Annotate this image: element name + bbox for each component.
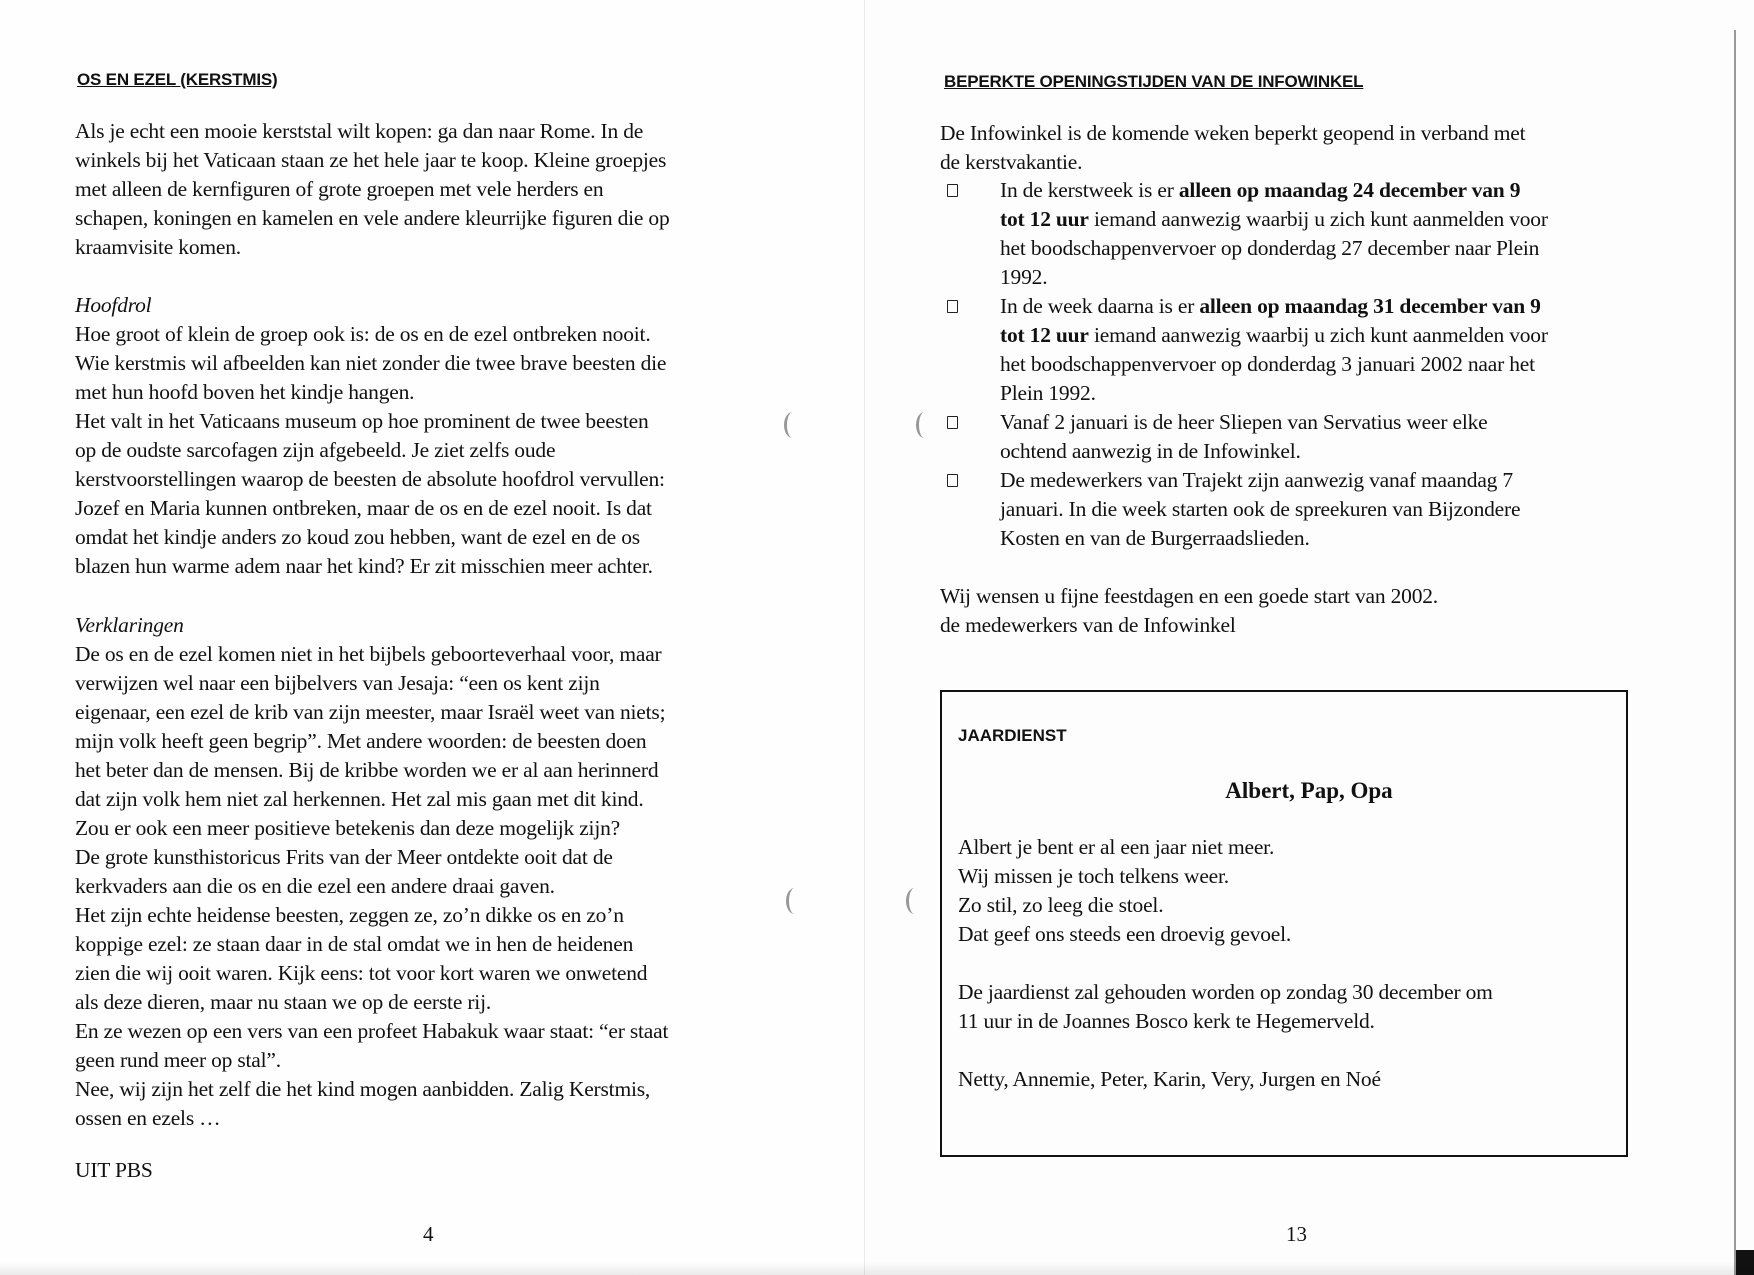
text-line: ossen en ezels …: [75, 1104, 668, 1133]
text-line: dat zijn volk hem niet zal herkennen. He…: [75, 785, 668, 814]
text-line: Wij wensen u fijne feestdagen en een goe…: [940, 582, 1438, 611]
article-intro: Als je echt een mooie kerststal wilt kop…: [75, 117, 670, 262]
checkbox-bullet-icon: [947, 416, 958, 429]
section-hoofdrol: Hoofdrol Hoe groot of klein de groep ook…: [75, 291, 666, 581]
text-line: kerstvoorstellingen waarop de beesten de…: [75, 465, 666, 494]
text-line: het boodschappenvervoer op donderdag 27 …: [1000, 234, 1660, 263]
text-line: kerkvaders aan die os en die ezel een an…: [75, 872, 668, 901]
checkbox-bullet-icon: [947, 474, 958, 487]
bold-text-run: alleen op maandag 24 december van 9: [1179, 178, 1520, 202]
memorial-notice-box: JAARDIENST Albert, Pap, Opa Albert je be…: [940, 690, 1628, 1157]
text-line: met alleen de kernfiguren of grote groep…: [75, 175, 670, 204]
text-line: En ze wezen op een vers van een profeet …: [75, 1017, 668, 1046]
punch-hole-mark: [784, 412, 801, 438]
spacer: [958, 949, 1493, 978]
text-line: winkels bij het Vaticaan staan ze het he…: [75, 146, 670, 175]
text-run: iemand aanwezig waarbij u zich kunt aanm…: [1089, 207, 1548, 231]
text-run: In de kerstweek is er: [1000, 178, 1179, 202]
text-line: tot 12 uur iemand aanwezig waarbij u zic…: [1000, 205, 1660, 234]
text-line: als deze dieren, maar nu staan we op de …: [75, 988, 668, 1017]
text-line: tot 12 uur iemand aanwezig waarbij u zic…: [1000, 321, 1660, 350]
poem-line: Albert je bent er al een jaar niet meer.: [958, 833, 1493, 862]
text-line: Plein 1992.: [1000, 379, 1660, 408]
punch-hole-mark: [786, 888, 803, 914]
text-line: Kosten en van de Burgerraadslieden.: [1000, 524, 1660, 553]
text-line: het boodschappenvervoer op donderdag 3 j…: [1000, 350, 1660, 379]
page-number: 4: [423, 1222, 434, 1247]
text-line: eigenaar, een ezel de krib van zijn mees…: [75, 698, 668, 727]
checkbox-bullet-icon: [947, 300, 958, 313]
text-line: zien die wij ooit waren. Kijk eens: tot …: [75, 959, 668, 988]
poem-line: Zo stil, zo leeg die stoel.: [958, 891, 1493, 920]
text-line: Het valt in het Vaticaans museum op hoe …: [75, 407, 666, 436]
text-line: Vanaf 2 januari is de heer Sliepen van S…: [1000, 408, 1660, 437]
section-subheading: Hoofdrol: [75, 291, 666, 320]
notice-intro: De Infowinkel is de komende weken beperk…: [940, 119, 1525, 177]
page-number: 13: [1286, 1222, 1307, 1247]
text-line: met hun hoofd boven het kindje hangen.: [75, 378, 666, 407]
service-line: De jaardienst zal gehouden worden op zon…: [958, 978, 1493, 1007]
article-source: UIT PBS: [75, 1156, 153, 1185]
bold-text-run: tot 12 uur: [1000, 207, 1089, 231]
text-line: Jozef en Maria kunnen ontbreken, maar de…: [75, 494, 666, 523]
punch-hole-mark: [906, 888, 923, 914]
text-line: De grote kunsthistoricus Frits van der M…: [75, 843, 668, 872]
section-verklaringen: Verklaringen De os en de ezel komen niet…: [75, 611, 668, 1133]
memorial-body: Albert je bent er al een jaar niet meer.…: [958, 833, 1493, 1094]
text-line: Nee, wij zijn het zelf die het kind moge…: [75, 1075, 668, 1104]
spacer: [958, 1036, 1493, 1065]
memorial-signature: Netty, Annemie, Peter, Karin, Very, Jurg…: [958, 1065, 1493, 1094]
text-line: op de oudste sarcofagen zijn afgebeeld. …: [75, 436, 666, 465]
text-line: 1992.: [1000, 263, 1660, 292]
text-line: blazen hun warme adem naar het kind? Er …: [75, 552, 666, 581]
text-line: Wie kerstmis wil afbeelden kan niet zond…: [75, 349, 666, 378]
punch-hole-mark: [916, 412, 933, 438]
poem-line: Dat geef ons steeds een droevig gevoel.: [958, 920, 1493, 949]
text-line: omdat het kindje anders zo koud zou hebb…: [75, 523, 666, 552]
text-line: kraamvisite komen.: [75, 233, 670, 262]
text-line: schapen, koningen en kamelen en vele and…: [75, 204, 670, 233]
text-line: Als je echt een mooie kerststal wilt kop…: [75, 117, 670, 146]
service-line: 11 uur in de Joannes Bosco kerk te Hegem…: [958, 1007, 1493, 1036]
text-line: Zou er ook een meer positieve betekenis …: [75, 814, 668, 843]
notice-heading: BEPERKTE OPENINGSTIJDEN VAN DE INFOWINKE…: [944, 72, 1363, 92]
text-line: verwijzen wel naar een bijbelvers van Je…: [75, 669, 668, 698]
article-heading: OS EN EZEL (KERSTMIS): [77, 70, 277, 90]
text-line: ochtend aanwezig in de Infowinkel.: [1000, 437, 1660, 466]
bold-text-run: tot 12 uur: [1000, 323, 1089, 347]
text-line: De os en de ezel komen niet in het bijbe…: [75, 640, 668, 669]
section-subheading: Verklaringen: [75, 611, 668, 640]
text-run: iemand aanwezig waarbij u zich kunt aanm…: [1089, 323, 1548, 347]
checkbox-bullet-icon: [947, 184, 958, 197]
list-item: Vanaf 2 januari is de heer Sliepen van S…: [940, 408, 1660, 466]
list-item: In de kerstweek is er alleen op maandag …: [940, 176, 1660, 292]
text-line: de kerstvakantie.: [940, 148, 1525, 177]
text-line: Hoe groot of klein de groep ook is: de o…: [75, 320, 666, 349]
list-item: In de week daarna is er alleen op maanda…: [940, 292, 1660, 408]
opening-hours-list: In de kerstweek is er alleen op maandag …: [940, 176, 1660, 553]
text-line: De medewerkers van Trajekt zijn aanwezig…: [1000, 466, 1660, 495]
text-line: geen rund meer op stal”.: [75, 1046, 668, 1075]
text-line: mijn volk heeft geen begrip”. Met andere…: [75, 727, 668, 756]
text-line: De Infowinkel is de komende weken beperk…: [940, 119, 1525, 148]
text-line: de medewerkers van de Infowinkel: [940, 611, 1438, 640]
poem-line: Wij missen je toch telkens weer.: [958, 862, 1493, 891]
text-line: januari. In die week starten ook de spre…: [1000, 495, 1660, 524]
scan-edge-line: [1734, 30, 1736, 1275]
list-item: De medewerkers van Trajekt zijn aanwezig…: [940, 466, 1660, 553]
bold-text-run: alleen op maandag 31 december van 9: [1199, 294, 1540, 318]
text-line: koppige ezel: ze staan daar in de stal o…: [75, 930, 668, 959]
text-line: In de week daarna is er alleen op maanda…: [1000, 292, 1660, 321]
notice-closing: Wij wensen u fijne feestdagen en een goe…: [940, 582, 1438, 640]
text-line: het beter dan de mensen. Bij de kribbe w…: [75, 756, 668, 785]
left-page: OS EN EZEL (KERSTMIS) Als je echt een mo…: [0, 0, 865, 1275]
memorial-title: JAARDIENST: [958, 726, 1067, 746]
text-line: In de kerstweek is er alleen op maandag …: [1000, 176, 1660, 205]
memorial-name: Albert, Pap, Opa: [942, 778, 1626, 804]
text-run: In de week daarna is er: [1000, 294, 1199, 318]
scan-bottom-shadow: [0, 1262, 1754, 1275]
text-line: Het zijn echte heidense beesten, zeggen …: [75, 901, 668, 930]
